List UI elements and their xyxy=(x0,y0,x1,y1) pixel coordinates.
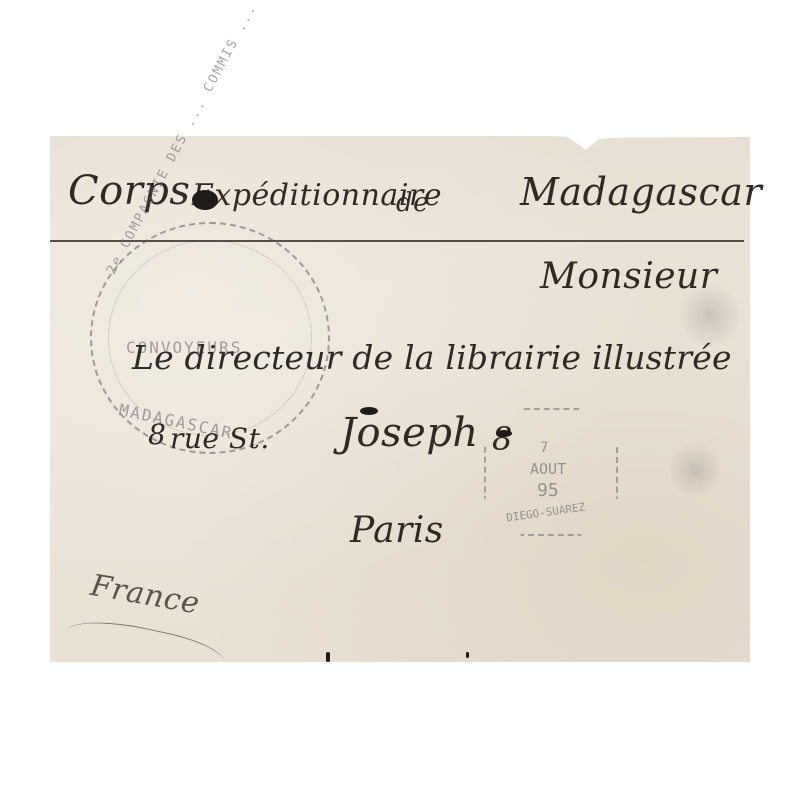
ink-mark xyxy=(326,652,330,662)
postmark-day: 7 xyxy=(540,440,548,456)
header-word-corps: Corps xyxy=(68,168,190,214)
photo-stage: Corps Expéditionnaire de Madagascar 2e C… xyxy=(0,0,800,800)
ink-mark xyxy=(466,652,469,658)
street-number: 8 xyxy=(148,418,166,451)
ink-blot xyxy=(192,190,218,210)
city: Paris xyxy=(350,510,444,551)
stain xyxy=(670,440,720,500)
street-name: Joseph xyxy=(340,410,479,456)
ink-dot xyxy=(360,407,378,415)
recipient: Le directeur de la librairie illustrée xyxy=(132,338,732,377)
postmark-month: AOUT xyxy=(530,460,566,478)
header-word-de: de xyxy=(396,188,429,218)
header-word-madagascar: Madagascar xyxy=(520,170,762,214)
street: rue St. xyxy=(170,422,270,455)
stain xyxy=(680,280,740,350)
postmark-year: 95 xyxy=(537,480,559,501)
